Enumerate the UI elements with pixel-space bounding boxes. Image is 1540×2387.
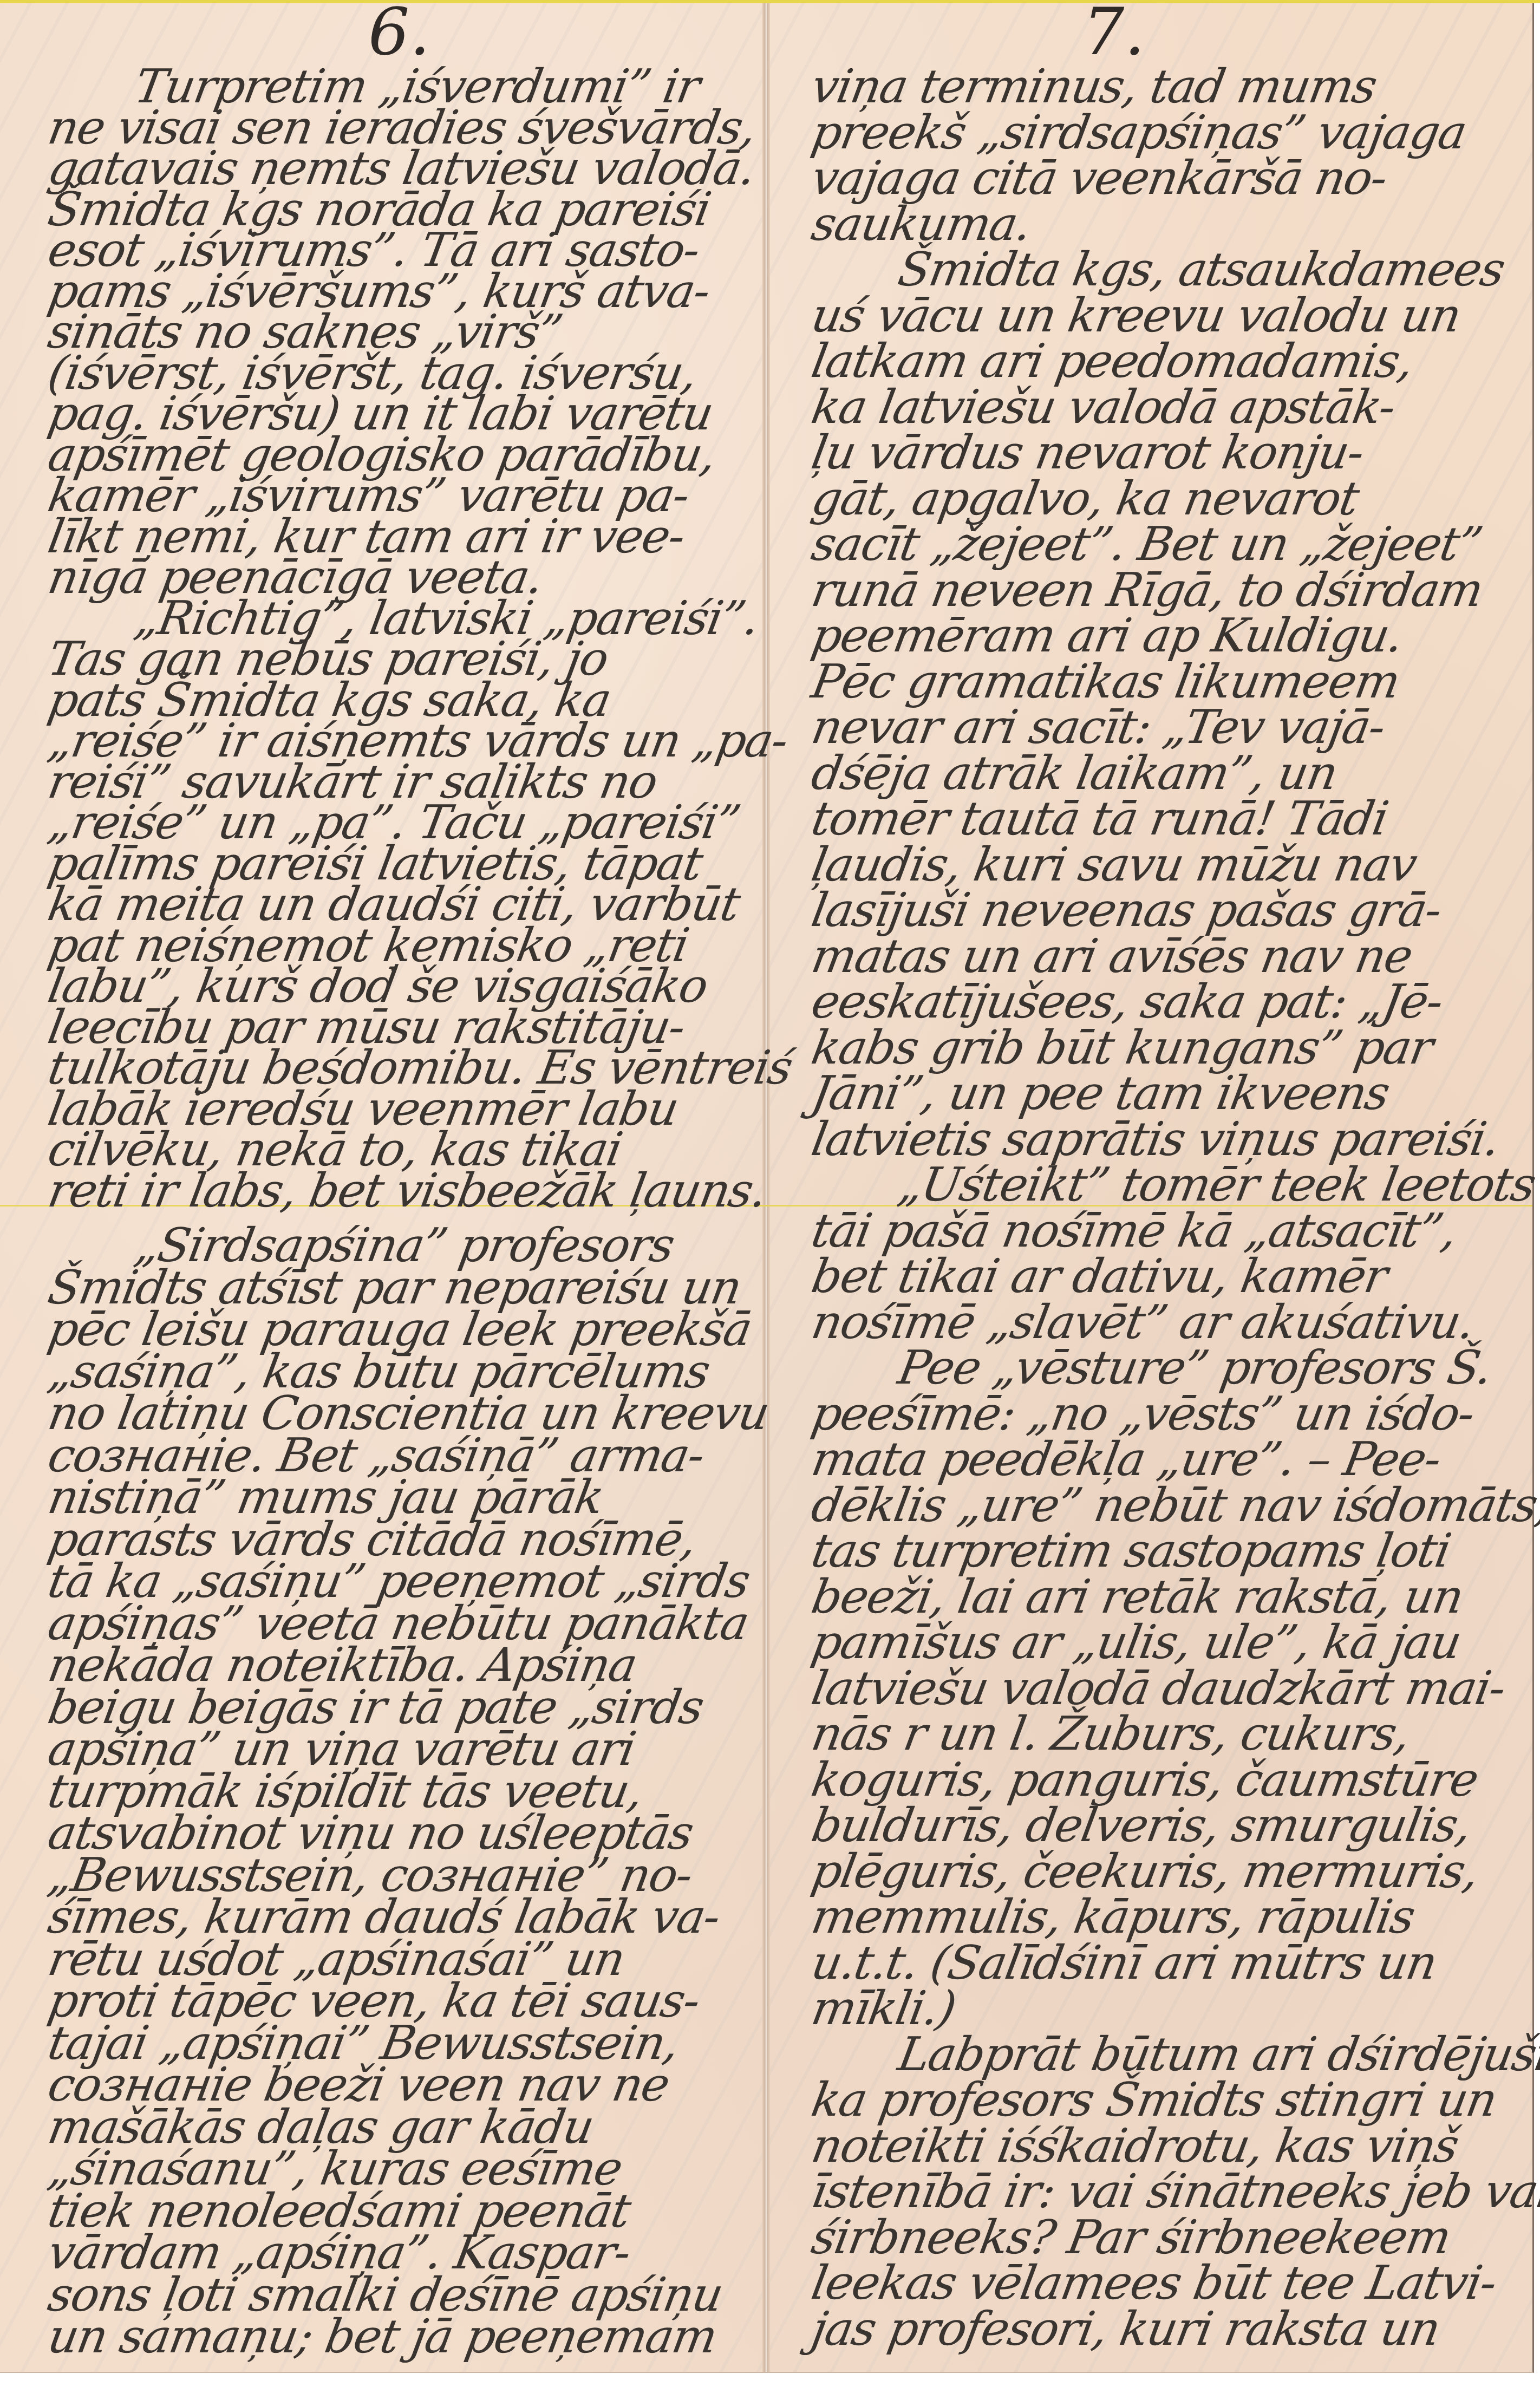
manuscript-line: jas profesori, kuri raksta un: [807, 2302, 1444, 2356]
scan-top-edge: [0, 0, 1540, 3]
right-page: 7. viņa terminus, tad mumspreekš „sirdsa…: [812, 0, 1516, 2372]
left-page: 6. Turpretim „iśverdumi” irne visai sen …: [49, 0, 753, 2372]
manuscript-line: reti ir labs, bet visbeežāk ļauns.: [44, 1164, 771, 1218]
manuscript-sheet: 6. Turpretim „iśverdumi” irne visai sen …: [0, 0, 1534, 2373]
manuscript-line: un samaņu; bet jā peeņemam: [44, 2310, 721, 2364]
